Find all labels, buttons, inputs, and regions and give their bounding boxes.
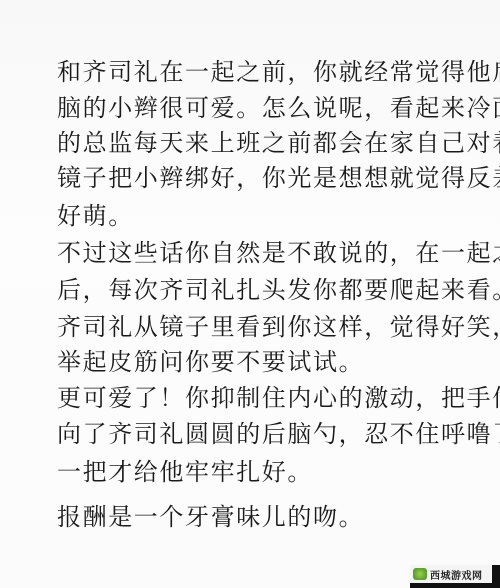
text-line: 镜子把小辫绑好，你光是想想就觉得反差 (57, 163, 500, 193)
text-line: 脑的小辫很可爱。怎么说呢，看起来冷面 (57, 93, 500, 123)
site-logo-icon (413, 568, 427, 580)
watermark-label: 西城游戏网 (430, 567, 483, 582)
watermark-badge: 西城游戏网 (410, 565, 492, 583)
text-line: 好萌。 (57, 201, 134, 231)
text-line: 向了齐司礼圆圆的后脑勺，忍不住呼噜了 (57, 419, 500, 449)
text-line: 的总监每天来上班之前都会在家自己对着 (57, 128, 500, 158)
text-line: 后，每次齐司礼扎头发你都要爬起来看。 (57, 275, 500, 305)
text-line: 更可爱了！你抑制住内心的激动，把手伸 (57, 383, 500, 413)
text-line: 不过这些话你自然是不敢说的，在一起之 (57, 238, 500, 268)
text-line: 和齐司礼在一起之前，你就经常觉得他后 (57, 57, 500, 87)
document-page: 和齐司礼在一起之前，你就经常觉得他后 脑的小辫很可爱。怎么说呢，看起来冷面 的总… (0, 0, 500, 588)
text-line: 齐司礼从镜子里看到你这样，觉得好笑， (57, 312, 500, 342)
watermark: 西城游戏网 (410, 565, 500, 588)
text-line: 举起皮筋问你要不要试试。 (57, 347, 364, 377)
text-line: 一把才给他牢牢扎好。 (57, 457, 313, 487)
text-line: 报酬是一个牙膏味儿的吻。 (57, 502, 364, 532)
